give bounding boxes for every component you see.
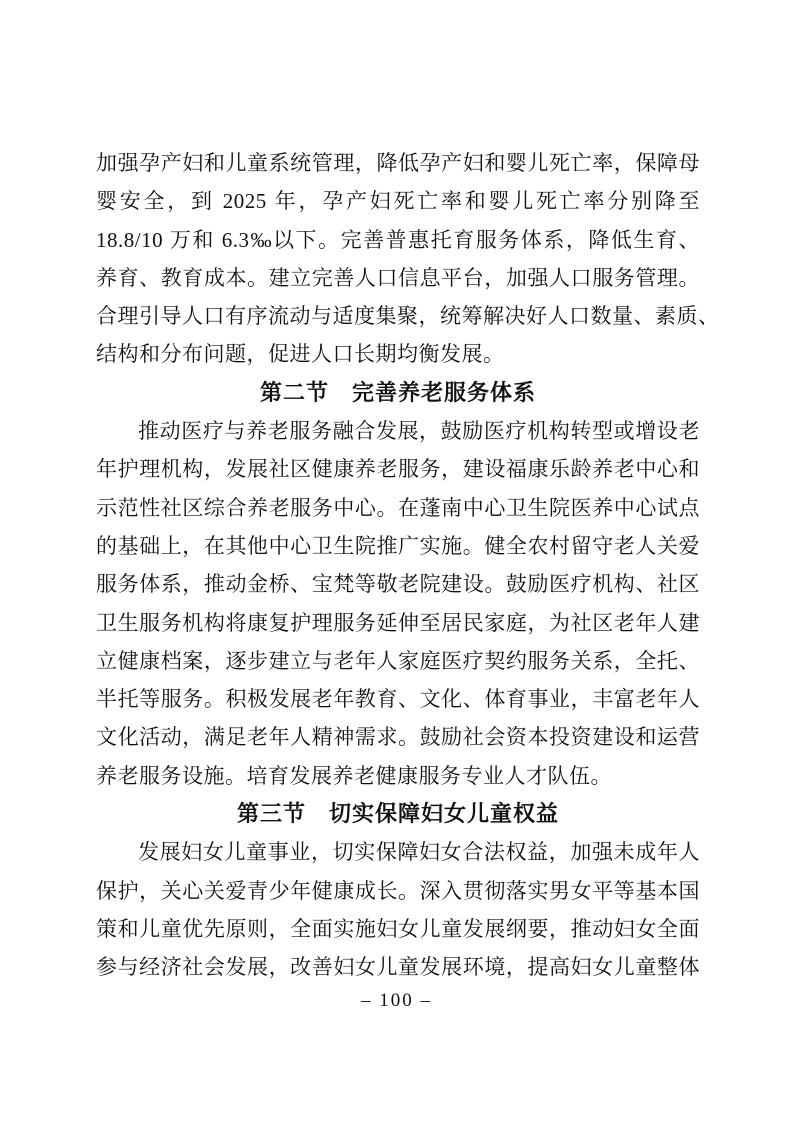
text-line: 养老服务设施。培育发展养老健康服务专业人才队伍。 (96, 757, 700, 795)
text-line: 保护，关心关爱青少年健康成长。深入贯彻落实男女平等基本国 (96, 872, 700, 910)
text-line: 文化活动，满足老年人精神需求。鼓励社会资本投资建设和运营 (96, 718, 700, 756)
page-number: – 100 – (0, 990, 793, 1012)
text-line: 卫生服务机构将康复护理服务延伸至居民家庭，为社区老年人建 (96, 604, 700, 642)
text-line: 参与经济社会发展，改善妇女儿童发展环境，提高妇女儿童整体 (96, 948, 700, 986)
text-line: 婴安全，到 2025 年，孕产妇死亡率和婴儿死亡率分别降至 (96, 182, 700, 220)
text-line: 立健康档案，逐步建立与老年人家庭医疗契约服务关系，全托、 (96, 642, 700, 680)
section-heading-women-children: 第三节 切实保障妇女儿童权益 (96, 795, 700, 833)
text-line: 年护理机构，发展社区健康养老服务，建设福康乐龄养老中心和 (96, 450, 700, 488)
text-line: 策和儿童优先原则，全面实施妇女儿童发展纲要，推动妇女全面 (96, 910, 700, 948)
text-line: 结构和分布问题，促进人口长期均衡发展。 (96, 335, 700, 373)
document-page: 加强孕产妇和儿童系统管理，降低孕产妇和婴儿死亡率，保障母 婴安全，到 2025 … (0, 0, 793, 1122)
text-line: 养育、教育成本。建立完善人口信息平台，加强人口服务管理。 (96, 259, 700, 297)
section-heading-elder-care: 第二节 完善养老服务体系 (96, 374, 700, 412)
paragraph-population: 加强孕产妇和儿童系统管理，降低孕产妇和婴儿死亡率，保障母 婴安全，到 2025 … (96, 144, 700, 374)
text-line: 半托等服务。积极发展老年教育、文化、体育事业，丰富老年人 (96, 680, 700, 718)
document-text-block: 加强孕产妇和儿童系统管理，降低孕产妇和婴儿死亡率，保障母 婴安全，到 2025 … (96, 144, 700, 987)
paragraph-elder-care: 推动医疗与养老服务融合发展，鼓励医疗机构转型或增设老 年护理机构，发展社区健康养… (96, 412, 700, 795)
text-line: 合理引导人口有序流动与适度集聚，统筹解决好人口数量、素质、 (96, 297, 700, 335)
text-line: 示范性社区综合养老服务中心。在蓬南中心卫生院医养中心试点 (96, 489, 700, 527)
text-line: 的基础上，在其他中心卫生院推广实施。健全农村留守老人关爱 (96, 527, 700, 565)
text-line: 18.8/10 万和 6.3‰以下。完善普惠托育服务体系，降低生育、 (96, 221, 700, 259)
text-line: 发展妇女儿童事业，切实保障妇女合法权益，加强未成年人 (96, 833, 700, 871)
paragraph-women-children: 发展妇女儿童事业，切实保障妇女合法权益，加强未成年人 保护，关心关爱青少年健康成… (96, 833, 700, 986)
text-line: 服务体系，推动金桥、宝梵等敬老院建设。鼓励医疗机构、社区 (96, 565, 700, 603)
text-line: 加强孕产妇和儿童系统管理，降低孕产妇和婴儿死亡率，保障母 (96, 144, 700, 182)
text-line: 推动医疗与养老服务融合发展，鼓励医疗机构转型或增设老 (96, 412, 700, 450)
